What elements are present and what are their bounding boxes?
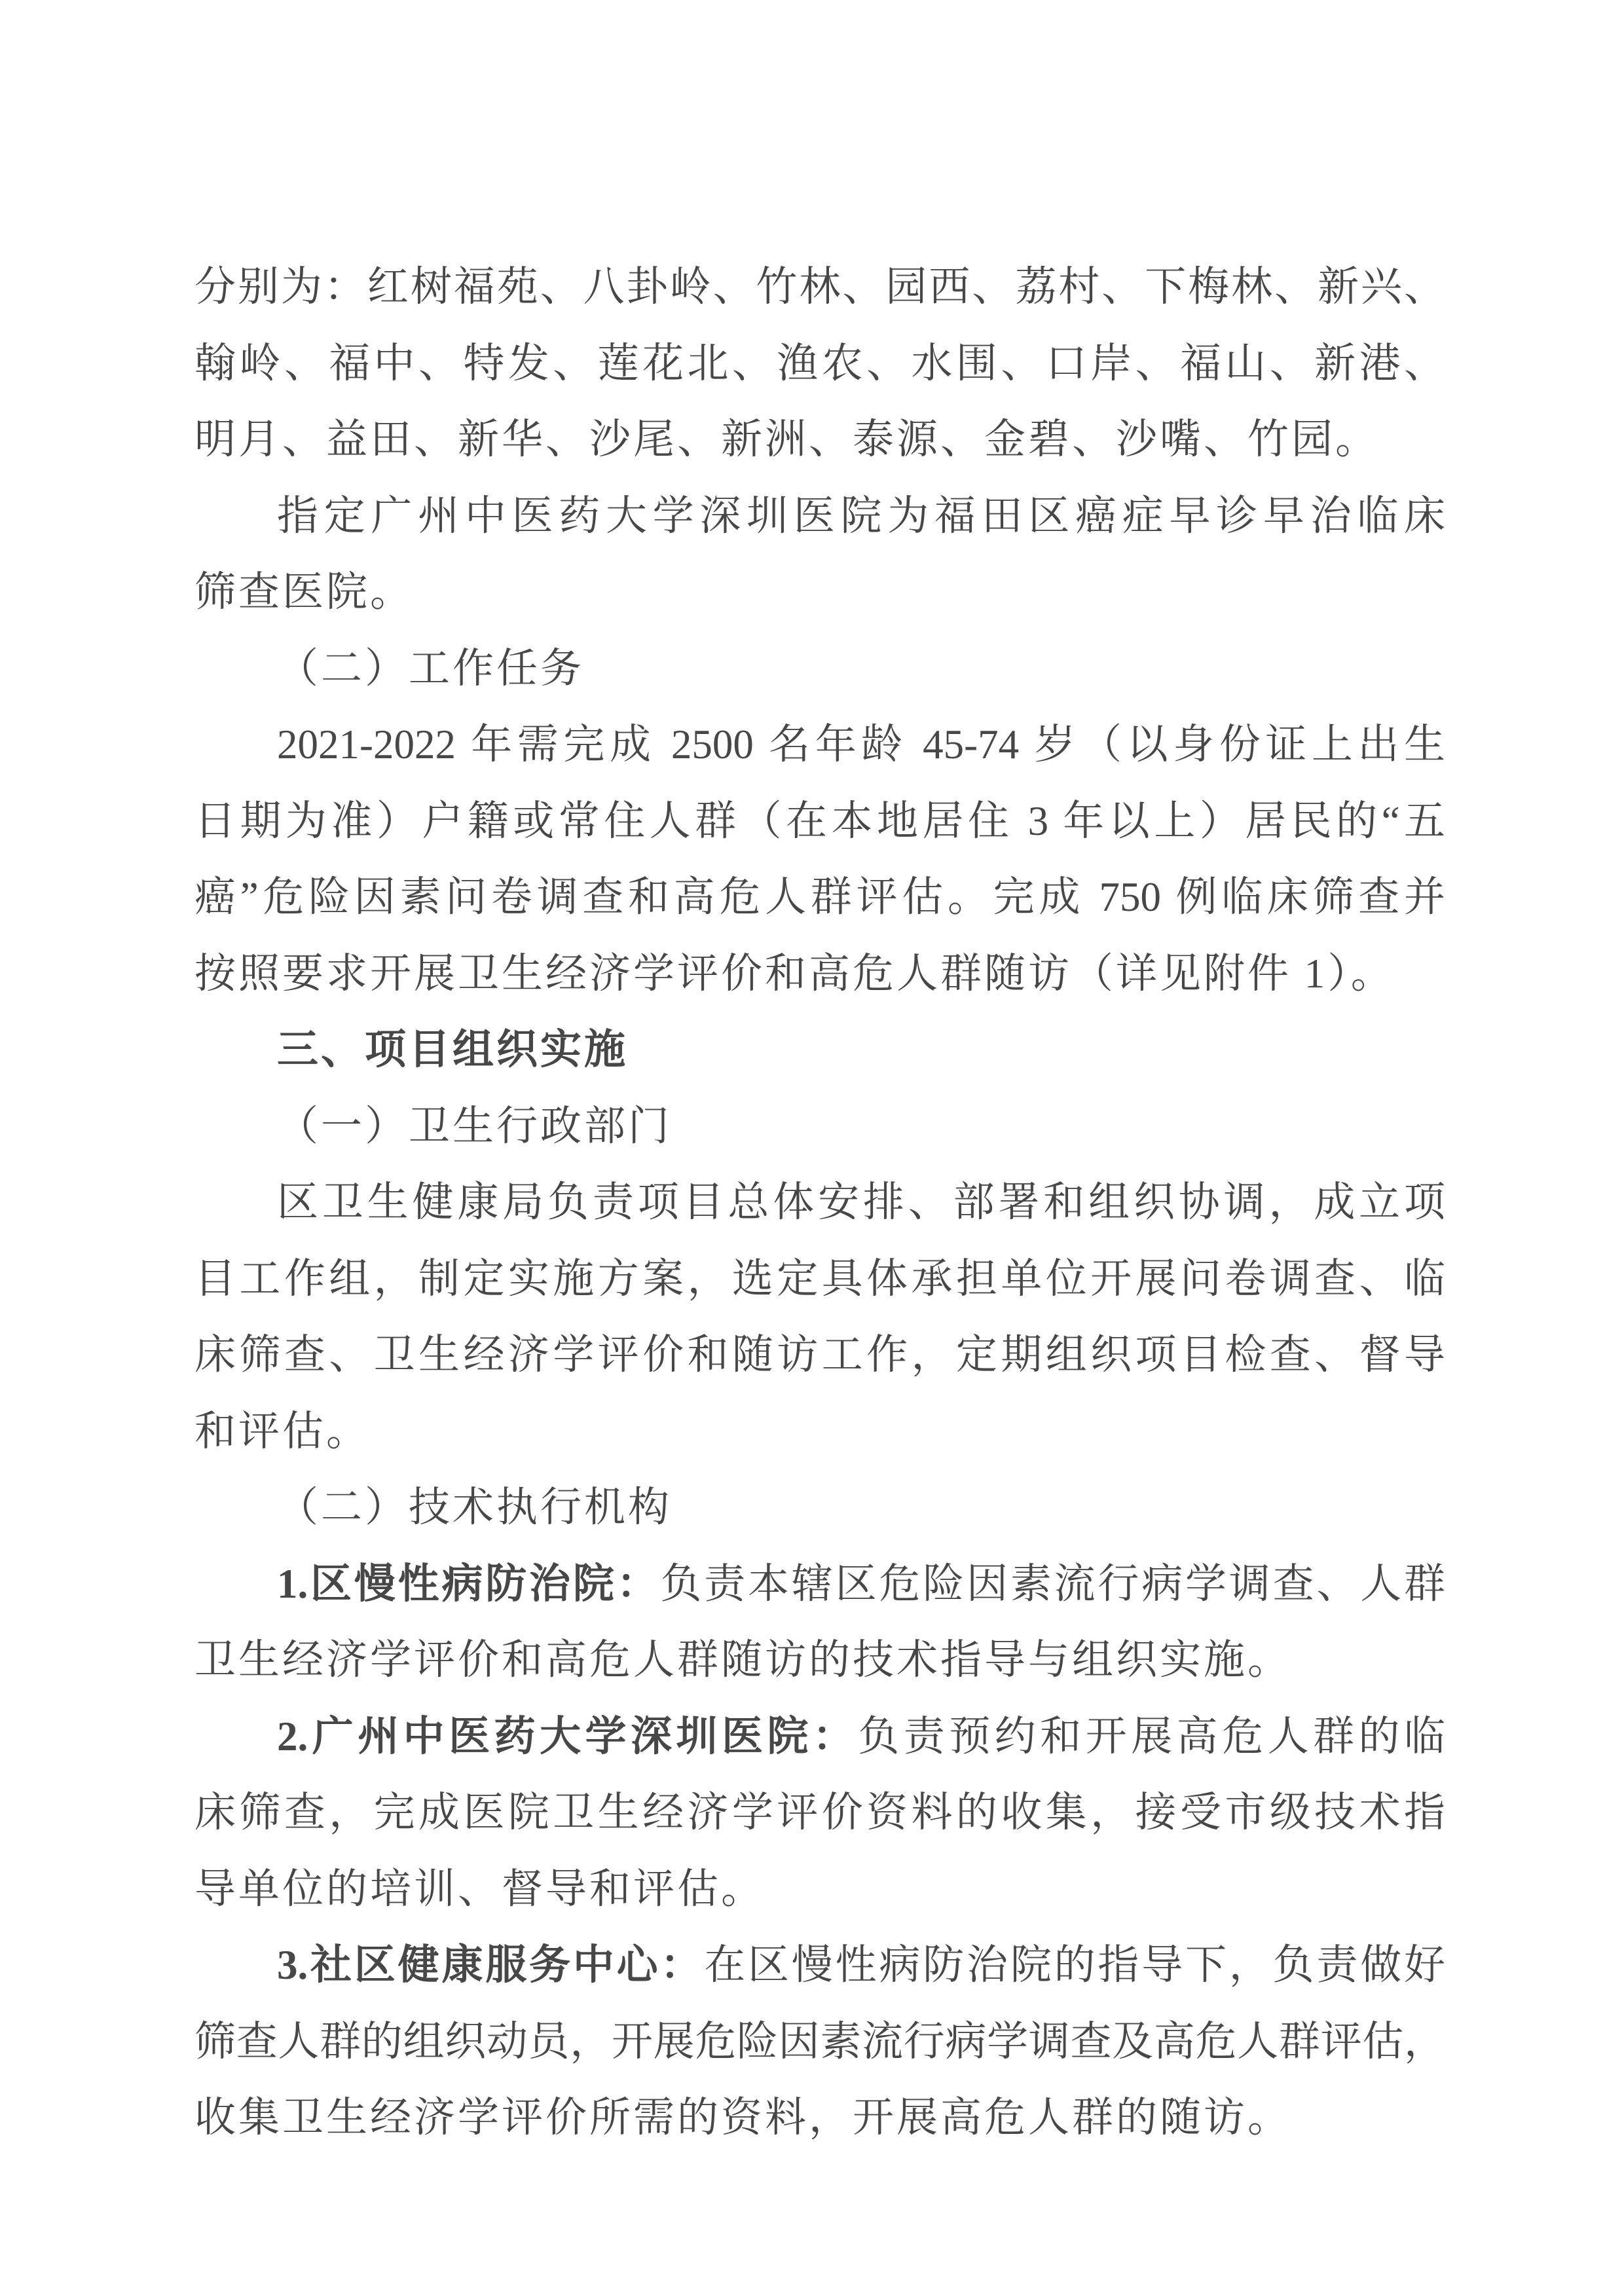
text-run: 筛查医院。 — [194, 569, 414, 615]
text-line-15: 床筛查、卫生经济学评价和随访工作，定期组织项目检查、督导 — [194, 1317, 1445, 1393]
text-run: 卫生经济学评价和高危人群随访的技术指导与组织实施。 — [194, 1637, 1291, 1683]
text-run: 三、项目组织实施 — [277, 1027, 628, 1073]
text-line-8: 日期为准）户籍或常住人群（在本地居住 3 年以上）居民的“五 — [194, 783, 1445, 860]
text-line-18: 1.区慢性病防治院：负责本辖区危险因素流行病学调查、人群 — [194, 1546, 1445, 1623]
document-page: 分别为：红树福苑、八卦岭、竹林、园西、荔村、下梅林、新兴、翰岭、福中、特发、莲花… — [0, 0, 1624, 2295]
text-line-24: 筛查人群的组织动员，开展危险因素流行病学调查及高危人群评估， — [194, 2004, 1445, 2080]
bold-run: 3.社区健康服务中心： — [277, 1942, 704, 1988]
bold-run: 1.区慢性病防治院： — [277, 1561, 660, 1607]
text-run: 和评估。 — [194, 1408, 370, 1454]
text-run: 明月、益田、新华、沙尾、新洲、泰源、金碧、沙嘴、竹园。 — [194, 416, 1379, 462]
text-line-10: 按照要求开展卫生经济学评价和高危人群随访（详见附件 1）。 — [194, 936, 1445, 1012]
text-run: 导单位的培训、督导和评估。 — [194, 1866, 765, 1912]
text-line-2: 翰岭、福中、特发、莲花北、渔农、水围、口岸、福山、新港、 — [194, 325, 1445, 402]
text-run: 筛查人群的组织动员，开展危险因素流行病学调查及高危人群评估， — [194, 2019, 1445, 2065]
text-line-3: 明月、益田、新华、沙尾、新洲、泰源、金碧、沙嘴、竹园。 — [194, 401, 1445, 478]
text-line-11: 三、项目组织实施 — [194, 1012, 1445, 1088]
text-run: 负责本辖区危险因素流行病学调查、人群 — [660, 1561, 1445, 1607]
text-line-19: 卫生经济学评价和高危人群随访的技术指导与组织实施。 — [194, 1622, 1445, 1698]
text-run: 负责预约和开展高危人群的临 — [858, 1714, 1445, 1759]
text-line-22: 导单位的培训、督导和评估。 — [194, 1851, 1445, 1928]
text-line-5: 筛查医院。 — [194, 554, 1445, 631]
text-run: （二）技术执行机构 — [277, 1484, 672, 1530]
text-line-20: 2.广州中医药大学深圳医院：负责预约和开展高危人群的临 — [194, 1698, 1445, 1775]
text-run: 指定广州中医药大学深圳医院为福田区癌症早诊早治临床 — [277, 493, 1445, 539]
text-run: 分别为：红树福苑、八卦岭、竹林、园西、荔村、下梅林、新兴、 — [194, 264, 1445, 310]
text-run: 区卫生健康局负责项目总体安排、部署和组织协调，成立项 — [277, 1179, 1445, 1225]
text-run: （一）卫生行政部门 — [277, 1103, 672, 1149]
text-line-25: 收集卫生经济学评价所需的资料，开展高危人群的随访。 — [194, 2080, 1445, 2156]
text-run: （二）工作任务 — [277, 646, 584, 691]
text-line-12: （一）卫生行政部门 — [194, 1088, 1445, 1165]
text-run: 癌”危险因素问卷调查和高危人群评估。完成 750 例临床筛查并 — [194, 874, 1445, 920]
text-run: 目工作组，制定实施方案，选定具体承担单位开展问卷调查、临 — [194, 1256, 1445, 1302]
text-line-16: 和评估。 — [194, 1393, 1445, 1470]
text-line-14: 目工作组，制定实施方案，选定具体承担单位开展问卷调查、临 — [194, 1241, 1445, 1317]
text-line-7: 2021-2022 年需完成 2500 名年龄 45-74 岁（以身份证上出生 — [194, 707, 1445, 783]
text-run: 翰岭、福中、特发、莲花北、渔农、水围、口岸、福山、新港、 — [194, 340, 1445, 386]
text-run: 床筛查、卫生经济学评价和随访工作，定期组织项目检查、督导 — [194, 1332, 1445, 1378]
text-run: 收集卫生经济学评价所需的资料，开展高危人群的随访。 — [194, 2095, 1291, 2140]
text-run: 2021-2022 年需完成 2500 名年龄 45-74 岁（以身份证上出生 — [277, 722, 1445, 767]
text-line-23: 3.社区健康服务中心：在区慢性病防治院的指导下，负责做好 — [194, 1927, 1445, 2004]
text-run: 按照要求开展卫生经济学评价和高危人群随访（详见附件 1）。 — [194, 951, 1395, 997]
text-line-17: （二）技术执行机构 — [194, 1469, 1445, 1546]
text-run: 日期为准）户籍或常住人群（在本地居住 3 年以上）居民的“五 — [194, 798, 1445, 844]
text-line-13: 区卫生健康局负责项目总体安排、部署和组织协调，成立项 — [194, 1164, 1445, 1241]
text-line-6: （二）工作任务 — [194, 631, 1445, 707]
text-line-9: 癌”危险因素问卷调查和高危人群评估。完成 750 例临床筛查并 — [194, 859, 1445, 936]
text-run: 床筛查，完成医院卫生经济学评价资料的收集，接受市级技术指 — [194, 1790, 1445, 1835]
text-run: 在区慢性病防治院的指导下，负责做好 — [704, 1942, 1445, 1988]
text-line-1: 分别为：红树福苑、八卦岭、竹林、园西、荔村、下梅林、新兴、 — [194, 249, 1445, 325]
text-line-21: 床筛查，完成医院卫生经济学评价资料的收集，接受市级技术指 — [194, 1774, 1445, 1851]
document-body: 分别为：红树福苑、八卦岭、竹林、园西、荔村、下梅林、新兴、翰岭、福中、特发、莲花… — [194, 249, 1445, 2156]
bold-run: 2.广州中医药大学深圳医院： — [277, 1714, 858, 1759]
text-line-4: 指定广州中医药大学深圳医院为福田区癌症早诊早治临床 — [194, 478, 1445, 555]
